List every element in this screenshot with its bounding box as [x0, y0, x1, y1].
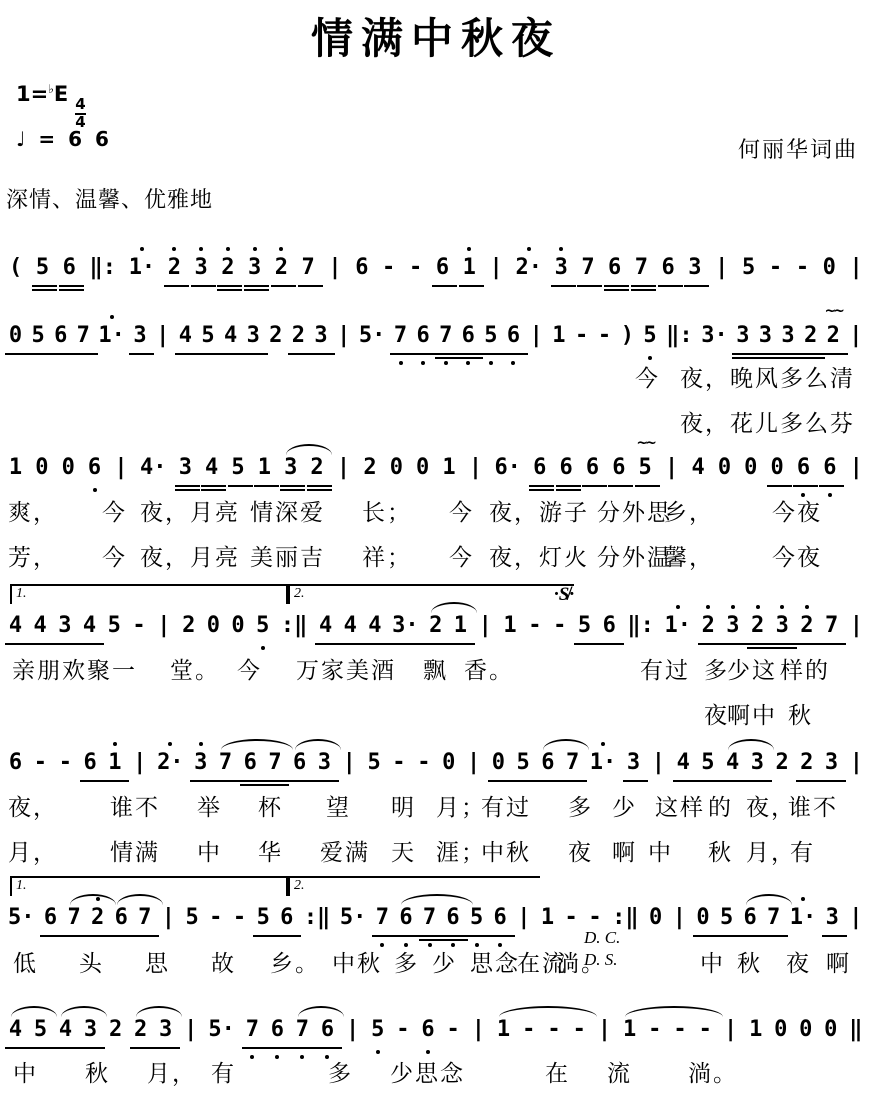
note: 6: [559, 454, 574, 482]
lyric: 望: [326, 793, 351, 823]
note: 5: [185, 904, 200, 932]
lyric: 今: [449, 543, 474, 573]
note: 1: [748, 1016, 763, 1044]
system-5: 6--61|2·376763|5--0|05671·3|4543223|夜，谁不…: [0, 747, 872, 777]
lyric: 多: [394, 949, 419, 979]
barline: |: [651, 749, 666, 777]
note: 3: [554, 254, 569, 282]
lyric: 秋: [85, 1059, 110, 1089]
barline: |: [714, 254, 729, 282]
barline: |: [342, 749, 357, 777]
barline: |: [848, 904, 863, 932]
note: 4: [318, 612, 333, 640]
lyric: 夜，: [8, 793, 58, 823]
note: 6: [743, 904, 758, 932]
note: 5: [741, 254, 756, 282]
note: 2: [799, 749, 814, 777]
lyric: 故: [211, 949, 236, 979]
lyric: 夜: [786, 949, 811, 979]
note: 4: [58, 1016, 73, 1044]
note: 2: [274, 254, 289, 282]
lyric: 月；: [436, 793, 486, 823]
lyric: 啊中: [727, 701, 777, 731]
expression-marking: 深情、温馨、优雅地: [6, 183, 213, 214]
volta-bracket-1: 1.: [10, 584, 288, 604]
lyric: 美丽吉: [250, 543, 325, 573]
note: 4: [725, 749, 740, 777]
note: 2: [750, 612, 765, 640]
note: 3: [626, 749, 641, 777]
barline: |: [336, 322, 351, 350]
volta-bracket-2: 2.: [288, 584, 574, 604]
lyric: 爽，: [8, 498, 58, 528]
lyric: 夜，晚风多么清: [680, 364, 855, 394]
lyric: 夜，灯火: [489, 543, 589, 573]
barline: |: [471, 1016, 486, 1044]
lyric: 夜: [704, 701, 729, 731]
lyric: 月，: [8, 838, 58, 868]
barline: -: [416, 749, 431, 777]
barline: |: [723, 1016, 738, 1044]
barline: |: [849, 454, 864, 482]
note: 3: [283, 454, 298, 482]
barline: ‖:: [88, 254, 117, 282]
lyric: 天: [391, 838, 416, 868]
lyric: 有: [211, 1059, 236, 1089]
lyric: 头: [79, 949, 104, 979]
lyric: 今: [449, 498, 474, 528]
barline: |: [516, 904, 531, 932]
note: 6: [43, 904, 58, 932]
note: 0: [491, 749, 506, 777]
note: 3: [687, 254, 702, 282]
note: 3: [158, 1016, 173, 1044]
barline: -: [572, 1016, 587, 1044]
lyric: 月，: [147, 1059, 197, 1089]
barline: -: [208, 904, 223, 932]
note: 7: [766, 904, 781, 932]
note: 5: [31, 322, 46, 350]
lyric: 明: [391, 793, 416, 823]
barline: -: [768, 254, 783, 282]
lyric: 今: [635, 364, 660, 394]
note: 3: [178, 454, 193, 482]
barline: (: [8, 254, 23, 282]
note: 1·: [98, 322, 125, 350]
note: 1·: [590, 749, 617, 777]
lyric: 华: [258, 838, 283, 868]
barline: -: [58, 749, 73, 777]
note: 3: [781, 322, 796, 350]
note: 6: [607, 254, 622, 282]
note: 4: [223, 322, 238, 350]
lyric: 思念: [470, 949, 520, 979]
note: 0: [822, 254, 837, 282]
note: 0: [231, 612, 246, 640]
barline: -: [574, 322, 589, 350]
note: 2: [428, 612, 443, 640]
lyric: 有过: [640, 656, 690, 686]
note: 0: [8, 322, 23, 350]
tempo-equals: =: [38, 127, 58, 151]
note: 2: [803, 322, 818, 350]
key-letter: E: [54, 82, 68, 106]
note: 3: [246, 322, 261, 350]
note: 5: [201, 322, 216, 350]
lyric: 馨，: [664, 543, 714, 573]
note: 7: [137, 904, 152, 932]
lyric: 今夜: [772, 498, 822, 528]
note: 5: [483, 322, 498, 350]
note: 0: [206, 612, 221, 640]
note: 1: [442, 454, 457, 482]
barline: |: [529, 322, 544, 350]
barline: :‖: [303, 904, 332, 932]
lyric: 秋: [708, 838, 733, 868]
barline: -: [381, 254, 396, 282]
note: 2: [701, 612, 716, 640]
note: 6: [292, 749, 307, 777]
note: 2: [108, 1016, 123, 1044]
notes-row: 5·67267|5--56:‖5·767656|1--:‖0|05671·3|: [8, 902, 864, 932]
note: 5: [255, 612, 270, 640]
note: 0: [415, 454, 430, 482]
note: 6: [83, 749, 98, 777]
note: 0: [441, 749, 456, 777]
note: 2: [181, 612, 196, 640]
note: 5·: [208, 1016, 235, 1044]
note: 6: [279, 904, 294, 932]
note: 7: [245, 1016, 260, 1044]
volta-label: 2.: [294, 878, 305, 894]
system-4: 44345-|2005:‖4443·21|1--56‖:1·232327|1.2…: [0, 610, 872, 640]
barline: |: [327, 254, 342, 282]
note: 0: [34, 454, 49, 482]
volta-bracket-1: 1.: [10, 876, 288, 896]
barline: |: [849, 612, 864, 640]
barline: -: [564, 904, 579, 932]
note: 1·: [129, 254, 156, 282]
note: 3: [193, 749, 208, 777]
volta-label: 1.: [16, 878, 27, 894]
note: 6: [602, 612, 617, 640]
note: 4: [676, 749, 691, 777]
note: 7: [375, 904, 390, 932]
tempo-marking: ♩ = 6 6: [16, 127, 112, 151]
note: 5~~: [638, 454, 653, 482]
tempo-bpm: 6 6: [68, 127, 112, 151]
lyric: 分外温: [597, 543, 672, 573]
barline: ‖:: [665, 322, 694, 350]
lyric: 低: [13, 949, 38, 979]
note: 1: [496, 1016, 511, 1044]
composer-credit: 何丽华词曲: [738, 133, 858, 164]
lyric: 乡。: [270, 949, 320, 979]
note: 6: [661, 254, 676, 282]
sheet-music-page: 情满中秋夜 1=♭E44 ♩ = 6 6 何丽华词曲 深情、温馨、优雅地 (56…: [0, 0, 872, 1107]
note: 2: [310, 454, 325, 482]
note: 3: [775, 612, 790, 640]
lyric: 爱满: [320, 838, 370, 868]
note: 3: [247, 254, 262, 282]
note: 3: [825, 904, 840, 932]
barline: |: [849, 749, 864, 777]
lyric: 多: [328, 1059, 353, 1089]
lyric: 今: [102, 498, 127, 528]
lyric: 谁不: [110, 793, 160, 823]
note: 4: [178, 322, 193, 350]
note: 5·: [8, 904, 35, 932]
lyric: 少: [612, 793, 637, 823]
note: 5: [719, 904, 734, 932]
system-3: 1006|4·345132|2001|6·66665~~|400066|爽，今夜…: [0, 452, 872, 482]
note: 2: [133, 1016, 148, 1044]
lyric: 乡，: [664, 498, 714, 528]
note: 0: [823, 1016, 838, 1044]
lyric: 夜: [568, 838, 593, 868]
note: 6: [398, 904, 413, 932]
barline: |: [478, 612, 493, 640]
lyric: 流: [607, 1059, 632, 1089]
note: 2~~: [826, 322, 841, 350]
note: 3: [132, 322, 147, 350]
lyric: 夜，花儿多么芬: [680, 409, 855, 439]
note: 5: [643, 322, 658, 350]
notes-row: 44345-|2005:‖4443·21|1--56‖:1·232327|: [8, 610, 864, 640]
note: 0: [798, 1016, 813, 1044]
barline: -: [795, 254, 810, 282]
barline: ‖:: [626, 612, 655, 640]
lyric: 夜，月亮: [140, 498, 240, 528]
lyric: 夜，游子: [489, 498, 589, 528]
note: 2·: [157, 749, 184, 777]
note: 6: [493, 904, 508, 932]
note: 5·: [340, 904, 367, 932]
note: 4·: [140, 454, 167, 482]
note: 2: [775, 749, 790, 777]
barline: |: [848, 322, 863, 350]
system-6: 5·67267|5--56:‖5·767656|1--:‖0|05671·3|1…: [0, 902, 872, 932]
lyric: 秋: [737, 949, 762, 979]
barline: |: [161, 904, 176, 932]
lyric: 样的: [780, 656, 830, 686]
barline: |: [488, 254, 503, 282]
barline: |: [336, 454, 351, 482]
note: 6: [611, 454, 626, 482]
notes-row: 05671·3|4543223|5·767656|1--)5‖:3·33322~…: [8, 320, 864, 350]
note: 0: [770, 454, 785, 482]
lyric: 这样: [655, 793, 705, 823]
notes-row: 4543223|5·7676|5-6-|1---|1---|1000‖: [8, 1014, 864, 1044]
volta-label: 2.: [294, 586, 305, 602]
lyric: 今: [237, 656, 262, 686]
note: 7: [76, 322, 91, 350]
note: 6: [320, 1016, 335, 1044]
barline: |: [672, 904, 687, 932]
note: 1: [257, 454, 272, 482]
note: 2: [291, 322, 306, 350]
volta-bracket-2: 2.: [288, 876, 540, 896]
note: 4: [33, 612, 48, 640]
lyric: 少: [432, 949, 457, 979]
note: 6: [53, 322, 68, 350]
note: 0: [389, 454, 404, 482]
note: 6: [540, 749, 555, 777]
note: 6: [114, 904, 129, 932]
note: 3: [725, 612, 740, 640]
note: 6: [243, 749, 258, 777]
note: 1: [8, 454, 23, 482]
note: 2: [268, 322, 283, 350]
note: 5·: [359, 322, 386, 350]
note: 2: [167, 254, 182, 282]
lyric: 亲朋欢聚一: [12, 656, 137, 686]
note: 2: [220, 254, 235, 282]
lyric: 分外思: [597, 498, 672, 528]
lyric: 啊: [612, 838, 637, 868]
system-1: (56‖:1·232327|6--61|2·376763|5--0|: [0, 252, 872, 282]
time-signature: 44: [75, 97, 85, 131]
lyric: 少思念: [390, 1059, 465, 1089]
note: 5: [516, 749, 531, 777]
barline: |: [466, 749, 481, 777]
lyric: 飘: [423, 656, 448, 686]
barline: -: [131, 612, 146, 640]
lyric: 中秋: [481, 838, 531, 868]
note: 6: [8, 749, 23, 777]
note: 6: [796, 454, 811, 482]
barline: |: [849, 254, 864, 282]
note: 5: [33, 1016, 48, 1044]
barline: -: [33, 749, 48, 777]
note: 6: [506, 322, 521, 350]
lyric: 啊: [826, 949, 851, 979]
lyric: 淌。: [688, 1059, 738, 1089]
lyric: 有过: [481, 793, 531, 823]
note: 2: [362, 454, 377, 482]
note: 1: [503, 612, 518, 640]
notes-row: (56‖:1·232327|6--61|2·376763|5--0|: [8, 252, 864, 282]
note: 6: [87, 454, 102, 482]
barline: -: [698, 1016, 713, 1044]
lyric: 中: [13, 1059, 38, 1089]
barline: ‖: [848, 1016, 863, 1044]
barline: -: [391, 749, 406, 777]
note: 6: [461, 322, 476, 350]
note: 0: [61, 454, 76, 482]
note: 7: [67, 904, 82, 932]
system-2: 05671·3|4543223|5·767656|1--)5‖:3·33322~…: [0, 320, 872, 350]
barline: ): [620, 322, 635, 350]
lyric: 中秋: [332, 949, 382, 979]
note: 7: [580, 254, 595, 282]
note: 5: [367, 749, 382, 777]
barline: |: [113, 454, 128, 482]
lyric: 情深爱: [250, 498, 325, 528]
barline: -: [527, 612, 542, 640]
notes-row: 1006|4·345132|2001|6·66665~~|400066|: [8, 452, 864, 482]
note: 7: [301, 254, 316, 282]
note: 1: [453, 612, 468, 640]
note: 5: [256, 904, 271, 932]
lyric: 有: [790, 838, 815, 868]
barline: |: [664, 454, 679, 482]
barline: :‖: [280, 612, 309, 640]
lyric: 杯: [258, 793, 283, 823]
note: 7: [393, 322, 408, 350]
note: 7: [824, 612, 839, 640]
note: 0: [717, 454, 732, 482]
note: 5: [577, 612, 592, 640]
note: 6: [446, 904, 461, 932]
lyric: 在: [545, 1059, 570, 1089]
note: 4: [367, 612, 382, 640]
lyric: 今: [102, 543, 127, 573]
barline: |: [156, 612, 171, 640]
lyric: 中: [700, 949, 725, 979]
lyric: 芳，: [8, 543, 58, 573]
key-tonic: 1: [16, 82, 31, 106]
key-signature: 1=♭E44: [16, 82, 86, 131]
lyric: 长；: [362, 498, 412, 528]
lyric: 少这: [727, 656, 777, 686]
quarter-note-icon: ♩: [16, 127, 28, 151]
note: 5: [231, 454, 246, 482]
barline: -: [408, 254, 423, 282]
note: 3: [194, 254, 209, 282]
lyric: 今夜: [772, 543, 822, 573]
note: 0: [696, 904, 711, 932]
note: 6·: [494, 454, 521, 482]
note: 3: [758, 322, 773, 350]
barline: -: [552, 612, 567, 640]
note: 6: [416, 322, 431, 350]
lyric: 祥；: [362, 543, 412, 573]
segno-icon: ·S̸·: [554, 584, 574, 606]
lyric: 堂。: [170, 656, 220, 686]
note: 3: [317, 749, 332, 777]
lyric: 香。: [464, 656, 514, 686]
lyric: 情满: [110, 838, 160, 868]
note: 1: [462, 254, 477, 282]
note: 7: [267, 749, 282, 777]
barline: |: [155, 322, 170, 350]
lyric: 多: [568, 793, 593, 823]
song-title: 情满中秋夜: [0, 6, 872, 66]
note: 2·: [515, 254, 542, 282]
barline: |: [468, 454, 483, 482]
note: 5: [35, 254, 50, 282]
note: 6: [435, 254, 450, 282]
note: 1·: [665, 612, 692, 640]
navigation-marking: D. C.: [584, 928, 620, 948]
notes-row: 6--61|2·376763|5--0|05671·3|4543223|: [8, 747, 864, 777]
barline: -: [672, 1016, 687, 1044]
lyric: 月，: [746, 838, 796, 868]
note: 0: [773, 1016, 788, 1044]
note: 7: [438, 322, 453, 350]
note: 0: [743, 454, 758, 482]
note: 1: [107, 749, 122, 777]
barline: -: [546, 1016, 561, 1044]
note: 4: [343, 612, 358, 640]
lyric: 秋: [788, 701, 813, 731]
note: 5: [469, 904, 484, 932]
lyric: 思: [145, 949, 170, 979]
lyric: 的: [708, 793, 733, 823]
note: 4: [82, 612, 97, 640]
lyric: 中: [197, 838, 222, 868]
